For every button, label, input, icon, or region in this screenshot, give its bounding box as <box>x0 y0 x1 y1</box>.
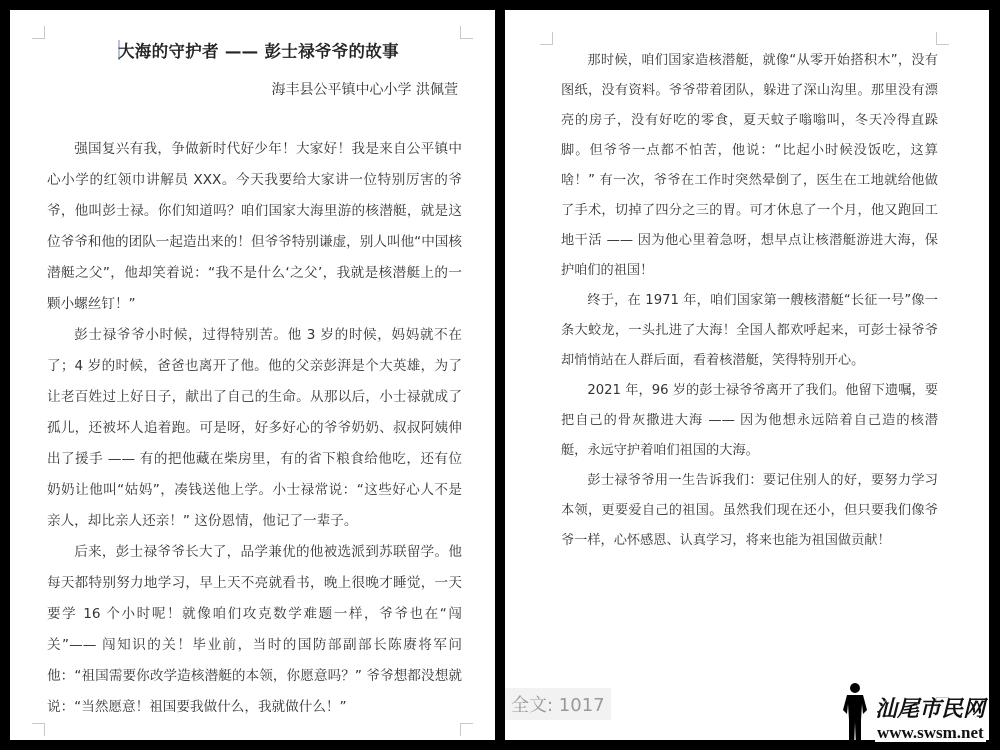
paragraph: 2021 年，96 岁的彭士禄爷爷离开了我们。他留下遗嘱，要把自己的骨灰撒进大海… <box>561 376 938 466</box>
paragraph: 强国复兴有我，争做新时代好少年！大家好！我是来自公平镇中心小学的红领巾讲解员 X… <box>47 134 462 320</box>
margin-corner-mark <box>32 723 45 736</box>
standing-figure-icon <box>835 680 875 750</box>
site-watermark: 汕尾市民网 www.swsm.net <box>835 680 1000 750</box>
page-1-body: 强国复兴有我，争做新时代好少年！大家好！我是来自公平镇中心小学的红领巾讲解员 X… <box>47 134 462 723</box>
margin-corner-mark <box>32 26 45 39</box>
paragraph: 彭士禄爷爷小时候，过得特别苦。他 3 岁的时候，妈妈就不在了；4 岁的时候，爸爸… <box>47 320 462 537</box>
document-title: 大海的守护者 —— 彭士禄爷爷的故事 <box>118 38 399 62</box>
word-count-badge: 全文: 1017 <box>505 688 611 720</box>
margin-corner-mark <box>460 723 473 736</box>
watermark-url: www.swsm.net <box>875 724 986 742</box>
page-2-body: 那时候，咱们国家造核潜艇，就像“从零开始搭积木”，没有图纸，没有资料。爷爷带着团… <box>561 46 938 556</box>
paragraph: 终于，在 1971 年，咱们国家第一艘核潜艇“长征一号”像一条大蛟龙，一头扎进了… <box>561 286 938 376</box>
paragraph: 彭士禄爷爷用一生告诉我们：要记住别人的好，要努力学习本领，更要爱自己的祖国。虽然… <box>561 466 938 556</box>
margin-corner-mark <box>460 26 473 39</box>
watermark-site-name: 汕尾市民网 <box>875 692 985 723</box>
margin-corner-mark <box>540 32 553 45</box>
margin-corner-mark <box>936 32 949 45</box>
document-page-2: 那时候，咱们国家造核潜艇，就像“从零开始搭积木”，没有图纸，没有资料。爷爷带着团… <box>505 10 989 740</box>
document-page-1: 大海的守护者 —— 彭士禄爷爷的故事 海丰县公平镇中心小学 洪佩萱 强国复兴有我… <box>10 10 495 740</box>
document-author: 海丰县公平镇中心小学 洪佩萱 <box>272 79 458 99</box>
paragraph: 那时候，咱们国家造核潜艇，就像“从零开始搭积木”，没有图纸，没有资料。爷爷带着团… <box>561 46 938 286</box>
paragraph: 后来，彭士禄爷爷长大了，品学兼优的他被选派到苏联留学。他每天都特别努力地学习，早… <box>47 537 462 723</box>
